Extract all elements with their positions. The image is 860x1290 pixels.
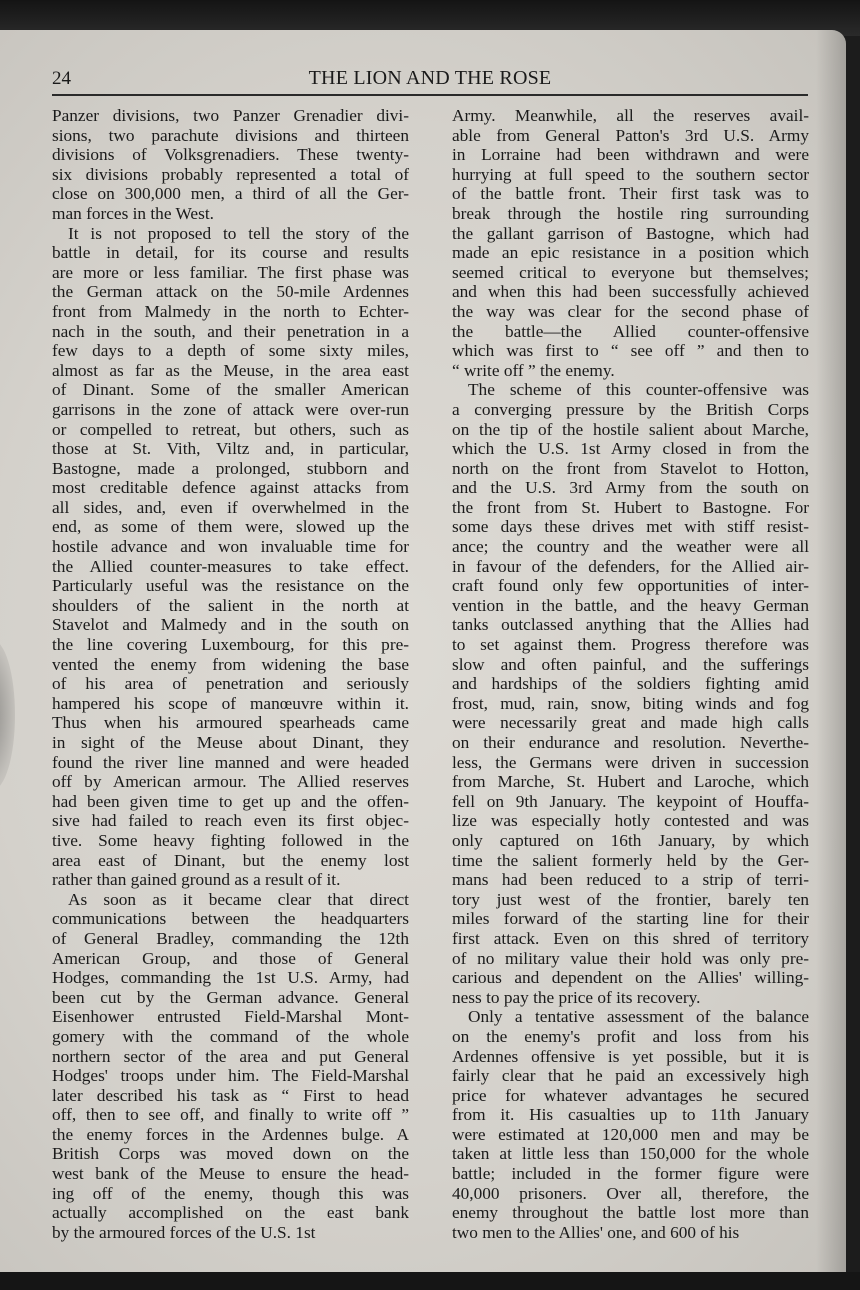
text-line: had been given time to get up and the of… (52, 792, 409, 812)
text-line: craft found only few opportunities of in… (452, 576, 809, 596)
text-line: taken at little less than 150,000 for th… (452, 1144, 809, 1164)
text-line: been cut by the German advance. General (52, 988, 409, 1008)
thumb-shadow (0, 640, 15, 790)
text-line: the gallant garrison of Bastogne, which … (452, 224, 809, 244)
text-line: ness to pay the price of its recovery. (452, 988, 809, 1008)
running-title: THE LION AND THE ROSE (52, 67, 808, 90)
text-line: off, then to see off, and finally to wri… (52, 1105, 409, 1125)
text-line: Hodges' troops under him. The Field-Mars… (52, 1066, 409, 1086)
text-line: less, the Germans were driven in success… (452, 753, 809, 773)
text-line: actually accomplished on the east bank (52, 1203, 409, 1223)
right-text-column: Army. Meanwhile, all the reserves avail-… (452, 106, 809, 1242)
text-line: tory just west of the frontier, barely t… (452, 890, 809, 910)
text-line: on the enemy's profit and loss from his (452, 1027, 809, 1047)
text-line: to set against them. Progress therefore … (452, 635, 809, 655)
text-line: north on the front from Stavelot to Hott… (452, 459, 809, 479)
text-line: of the battle front. Their first task wa… (452, 184, 809, 204)
text-line: the front from St. Hubert to Bastogne. F… (452, 498, 809, 518)
text-line: from it. His casualties up to 11th Janua… (452, 1105, 809, 1125)
text-line: were necessarily great and made high cal… (452, 713, 809, 733)
text-line: which was first to “ see off ” and then … (452, 341, 809, 361)
text-line: were estimated at 120,000 men and may be (452, 1125, 809, 1145)
text-line: slow and often painful, and the sufferin… (452, 655, 809, 675)
text-line: sive had failed to reach even its first … (52, 811, 409, 831)
text-line: Thus when his armoured spearheads came (52, 713, 409, 733)
text-line: frost, mud, rain, snow, biting winds and… (452, 694, 809, 714)
text-line: time the salient formerly held by the Ge… (452, 851, 809, 871)
text-line: hurrying at full speed to the southern s… (452, 165, 809, 185)
text-line: or compelled to retreat, but others, suc… (52, 420, 409, 440)
text-line: on their endurance and resolution. Never… (452, 733, 809, 753)
text-line: in favour of the defenders, for the Alli… (452, 557, 809, 577)
text-line: northern sector of the area and put Gene… (52, 1047, 409, 1067)
text-line: vention in the battle, and the heavy Ger… (452, 596, 809, 616)
running-head: 24 THE LION AND THE ROSE (52, 65, 808, 91)
text-line: tanks outclassed anything that the Allie… (452, 615, 809, 635)
text-line: all sides, and, even if overwhelmed in t… (52, 498, 409, 518)
text-line: British Corps was moved down on the (52, 1144, 409, 1164)
text-line: sions, two parachute divisions and thirt… (52, 126, 409, 146)
text-line: the Allied counter-measures to take effe… (52, 557, 409, 577)
text-line: west bank of the Meuse to ensure the hea… (52, 1164, 409, 1184)
text-line: few days to a depth of some sixty miles, (52, 341, 409, 361)
text-line: by the armoured forces of the U.S. 1st (52, 1223, 409, 1243)
text-line: price for whatever advantages he secured (452, 1086, 809, 1106)
text-line: nach in the south, and their penetration… (52, 322, 409, 342)
text-line: in sight of the Meuse about Dinant, they (52, 733, 409, 753)
text-line: hostile advance and won invaluable time … (52, 537, 409, 557)
text-line: first attack. Even on this shred of terr… (452, 929, 809, 949)
text-line: Hodges, commanding the 1st U.S. Army, ha… (52, 968, 409, 988)
text-line: “ write off ” the enemy. (452, 361, 809, 381)
text-line: battle; included in the former figure we… (452, 1164, 809, 1184)
text-line: able from General Patton's 3rd U.S. Army (452, 126, 809, 146)
text-line: ance; the country and the weather were a… (452, 537, 809, 557)
text-line: mans had been reduced to a strip of terr… (452, 870, 809, 890)
text-line: and hardships of the soldiers fighting a… (452, 674, 809, 694)
text-line: break through the hostile ring surroundi… (452, 204, 809, 224)
text-line: off by American armour. The Allied reser… (52, 772, 409, 792)
text-line: Army. Meanwhile, all the reserves avail- (452, 106, 809, 126)
text-line: and the U.S. 3rd Army from the south on (452, 478, 809, 498)
text-line: lize was especially hotly contested and … (452, 811, 809, 831)
text-line: only captured on 16th January, by which (452, 831, 809, 851)
text-line: the way was clear for the second phase o… (452, 302, 809, 322)
scan-bottom-border (0, 1272, 860, 1290)
text-line: Panzer divisions, two Panzer Grenadier d… (52, 106, 409, 126)
text-line: almost as far as the Meuse, in the area … (52, 361, 409, 381)
text-line: miles forward of the starting line for t… (452, 909, 809, 929)
text-line: tive. Some heavy fighting followed in th… (52, 831, 409, 851)
text-line: Eisenhower entrusted Field-Marshal Mont- (52, 1007, 409, 1027)
text-line: carious and dependent on the Allies' wil… (452, 968, 809, 988)
text-line: Particularly useful was the resistance o… (52, 576, 409, 596)
text-line: six divisions probably represented a tot… (52, 165, 409, 185)
text-line: Bastogne, made a prolonged, stubborn and (52, 459, 409, 479)
text-line: Stavelot and Malmedy and in the south on (52, 615, 409, 635)
text-line: of General Bradley, commanding the 12th (52, 929, 409, 949)
text-line: vented the enemy from widening the base (52, 655, 409, 675)
text-line: the German attack on the 50-mile Ardenne… (52, 282, 409, 302)
text-line: are more or less familiar. The first pha… (52, 263, 409, 283)
text-line: in Lorraine had been withdrawn and were (452, 145, 809, 165)
text-line: It is not proposed to tell the story of … (52, 224, 409, 244)
text-line: area east of Dinant, but the enemy lost (52, 851, 409, 871)
text-line: which the U.S. 1st Army closed in from t… (452, 439, 809, 459)
text-line: and when this had been successfully achi… (452, 282, 809, 302)
text-line: The scheme of this counter-offensive was (452, 380, 809, 400)
text-line: Ardennes offensive is yet possible, but … (452, 1047, 809, 1067)
text-line: fell on 9th January. The keypoint of Hou… (452, 792, 809, 812)
text-line: hampered his scope of manœuvre within it… (52, 694, 409, 714)
text-line: made an epic resistance in a position wh… (452, 243, 809, 263)
text-line: the line covering Luxembourg, for this p… (52, 635, 409, 655)
text-line: two men to the Allies' one, and 600 of h… (452, 1223, 809, 1243)
text-line: of no military value their hold was only… (452, 949, 809, 969)
text-line: of Dinant. Some of the smaller American (52, 380, 409, 400)
text-line: gomery with the command of the whole (52, 1027, 409, 1047)
text-line: As soon as it became clear that direct (52, 890, 409, 910)
text-line: shoulders of the salient in the north at (52, 596, 409, 616)
text-line: close on 300,000 men, a third of all the… (52, 184, 409, 204)
text-line: man forces in the West. (52, 204, 409, 224)
text-line: from Marche, St. Hubert and Laroche, whi… (452, 772, 809, 792)
text-line: rather than gained ground as a result of… (52, 870, 409, 890)
text-line: enemy throughout the battle lost more th… (452, 1203, 809, 1223)
text-line: most creditable defence against attacks … (52, 478, 409, 498)
text-line: the battle—the Allied counter-offensive (452, 322, 809, 342)
text-line: divisions of Volksgrenadiers. These twen… (52, 145, 409, 165)
text-line: a converging pressure by the British Cor… (452, 400, 809, 420)
text-line: communications between the headquarters (52, 909, 409, 929)
header-rule (52, 94, 808, 96)
text-line: fairly clear that he paid an excessively… (452, 1066, 809, 1086)
left-text-column: Panzer divisions, two Panzer Grenadier d… (52, 106, 409, 1242)
text-line: some days these drives met with stiff re… (452, 517, 809, 537)
text-line: ing off of the enemy, though this was (52, 1184, 409, 1204)
text-line: of his area of penetration and seriously (52, 674, 409, 694)
text-line: front from Malmedy in the north to Echte… (52, 302, 409, 322)
text-line: the enemy forces in the Ardennes bulge. … (52, 1125, 409, 1145)
text-line: end, as some of them were, slowed up the (52, 517, 409, 537)
text-line: those at St. Vith, Viltz and, in particu… (52, 439, 409, 459)
text-line: garrisons in the zone of attack were ove… (52, 400, 409, 420)
text-line: 40,000 prisoners. Over all, therefore, t… (452, 1184, 809, 1204)
text-line: on the tip of the hostile salient about … (452, 420, 809, 440)
text-line: American Group, and those of General (52, 949, 409, 969)
text-line: seemed critical to everyone but themselv… (452, 263, 809, 283)
text-line: battle in detail, for its course and res… (52, 243, 409, 263)
text-line: later described his task as “ First to h… (52, 1086, 409, 1106)
text-line: Only a tentative assessment of the balan… (452, 1007, 809, 1027)
text-line: found the river line manned and were hea… (52, 753, 409, 773)
